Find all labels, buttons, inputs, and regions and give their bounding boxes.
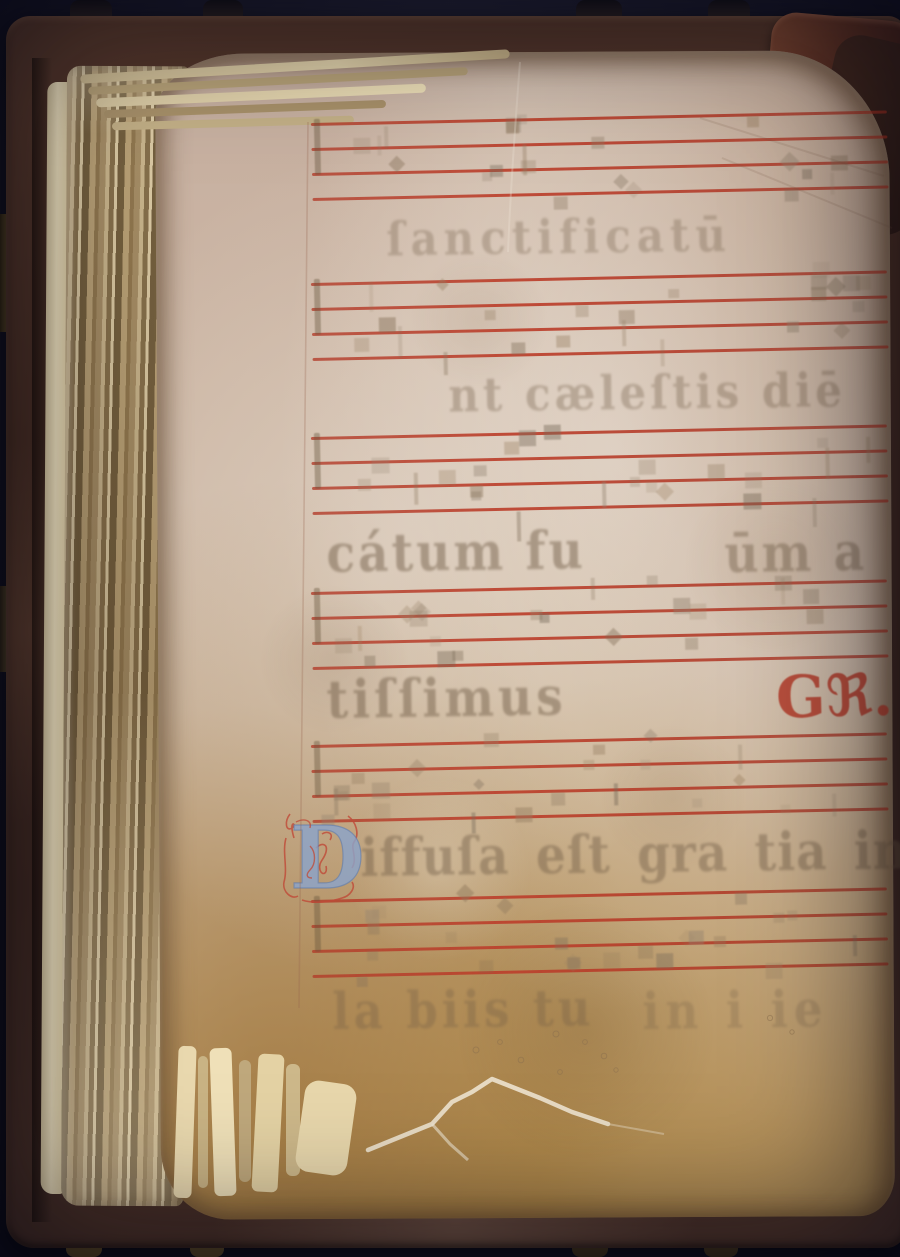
neume — [743, 494, 761, 510]
neume — [539, 613, 550, 623]
neume — [738, 744, 743, 770]
neume — [369, 281, 374, 311]
neume — [372, 783, 390, 799]
neume — [630, 477, 640, 486]
neume — [470, 485, 483, 497]
neume — [474, 465, 486, 476]
neume — [692, 799, 702, 808]
staff-line — [311, 912, 887, 927]
neume — [765, 963, 782, 979]
staff-line — [313, 962, 889, 977]
rubric-graduale: Gℜ. — [775, 660, 894, 731]
staff-line — [313, 185, 889, 200]
chant-text-line-3b: ūm a — [724, 522, 868, 586]
neume — [372, 906, 386, 919]
neume — [619, 310, 635, 325]
neume — [784, 189, 799, 202]
neume — [551, 793, 565, 806]
neume — [511, 342, 525, 354]
neume — [831, 155, 848, 170]
neume — [338, 791, 348, 800]
neume — [452, 651, 463, 661]
chant-text: cátum fu — [326, 520, 586, 585]
staff-line — [311, 757, 887, 772]
neume — [780, 805, 790, 814]
neume — [604, 628, 623, 647]
torn-corner-leaf-edge — [198, 1056, 208, 1188]
neume — [554, 196, 568, 209]
clef-mark — [314, 741, 321, 797]
neume — [660, 339, 665, 366]
neume — [373, 803, 391, 819]
chant-text: nt cæleſtis diē — [448, 362, 846, 422]
neume — [714, 936, 726, 947]
chant-text: ſanctificatū — [386, 207, 732, 267]
neume — [640, 760, 650, 769]
neume — [445, 932, 457, 943]
staff-line — [312, 474, 888, 489]
neume — [439, 470, 456, 485]
neume — [590, 578, 594, 600]
neume — [364, 656, 376, 667]
torn-corner-leaf-edge — [239, 1060, 251, 1182]
neume — [473, 779, 484, 790]
neume — [555, 938, 568, 950]
neume — [515, 807, 532, 822]
neume — [543, 424, 561, 440]
staff-line — [311, 604, 887, 619]
chant-text-line-6: la biis tu — [332, 978, 595, 1041]
clef-mark — [314, 279, 321, 335]
neume — [735, 893, 748, 904]
neume — [358, 479, 372, 491]
neume — [625, 182, 642, 199]
neume — [414, 473, 419, 505]
neume — [518, 430, 536, 446]
neume — [638, 459, 655, 475]
clef-mark — [314, 433, 321, 489]
neume — [430, 636, 442, 647]
neume — [787, 910, 798, 920]
neume — [688, 931, 704, 945]
neume — [397, 326, 402, 358]
chant-text: ūm a — [724, 522, 868, 586]
neume — [506, 122, 519, 134]
neume — [843, 275, 860, 291]
neume — [372, 457, 390, 473]
neume — [497, 897, 514, 914]
neume — [556, 335, 570, 347]
neume — [490, 165, 503, 177]
neume — [853, 935, 857, 957]
decorated-initial-icon: D — [282, 808, 364, 904]
neume — [830, 173, 834, 195]
neume — [358, 626, 363, 651]
staff-line — [312, 629, 888, 644]
neume — [354, 338, 369, 352]
neume — [689, 603, 707, 619]
chant-text-line-3: cátum fu — [326, 520, 586, 585]
neume — [335, 638, 352, 654]
neume — [638, 945, 653, 958]
neume — [811, 275, 827, 290]
chant-text-line-5: iffuſa eſt gra tia in — [360, 820, 900, 889]
neume — [523, 145, 528, 176]
neume — [646, 575, 658, 585]
neume — [866, 436, 871, 463]
chant-text-line-4: tiſſimus — [326, 667, 567, 732]
neume — [593, 744, 605, 755]
neume — [803, 589, 819, 604]
neume — [479, 960, 494, 973]
neume — [352, 772, 365, 784]
clef-mark — [314, 588, 321, 644]
neume — [787, 322, 799, 333]
neume — [367, 923, 380, 935]
neume — [367, 951, 378, 961]
neume — [852, 301, 864, 312]
neume — [379, 317, 396, 333]
neume — [384, 127, 388, 149]
neume — [780, 152, 799, 171]
neume — [378, 135, 382, 156]
neume — [802, 169, 813, 179]
initial-letter: D — [290, 808, 364, 904]
chant-text: tiſſimus — [326, 667, 567, 732]
neume — [613, 783, 617, 805]
neume — [575, 305, 589, 317]
chant-text-line-2: nt cæleſtis diē — [448, 362, 846, 422]
chant-text-line-1: ſanctificatū — [386, 207, 732, 267]
neume — [832, 794, 836, 816]
neume — [622, 321, 627, 346]
staff-line — [311, 449, 887, 464]
staff-line — [313, 499, 889, 514]
chant-text-line-6b: in i ie — [642, 979, 829, 1041]
clef-mark — [314, 119, 321, 175]
staff-line — [312, 937, 888, 952]
neume — [747, 117, 759, 128]
neume — [668, 289, 679, 299]
neume — [567, 957, 581, 969]
staff-line — [313, 807, 889, 822]
neume — [504, 441, 519, 455]
neume — [707, 464, 725, 480]
manuscript-photo: ſanctificatū nt cæleſtis diē cátum fu ūm… — [0, 0, 900, 1257]
neume — [603, 952, 621, 968]
neume — [773, 913, 784, 923]
staff-line — [311, 295, 887, 310]
chant-text: iffuſa eſt gra tia in — [360, 820, 900, 889]
neume — [485, 310, 496, 320]
neume — [353, 138, 371, 154]
clef-mark — [314, 896, 321, 952]
neume — [584, 760, 595, 770]
neume — [591, 137, 604, 149]
neume — [833, 322, 849, 338]
neume — [744, 472, 762, 488]
neume — [685, 637, 698, 649]
neume — [602, 482, 607, 507]
neume — [807, 609, 824, 624]
neume — [656, 953, 673, 968]
neume — [826, 448, 831, 479]
chant-text: in i ie — [642, 979, 829, 1041]
staff — [311, 424, 889, 537]
neume — [443, 352, 448, 375]
neume — [817, 438, 828, 448]
neume — [655, 483, 674, 502]
staff-line — [312, 782, 888, 797]
staff — [311, 110, 889, 223]
neume — [408, 759, 427, 778]
chant-text: la biis tu — [332, 978, 595, 1041]
neume — [484, 733, 499, 747]
